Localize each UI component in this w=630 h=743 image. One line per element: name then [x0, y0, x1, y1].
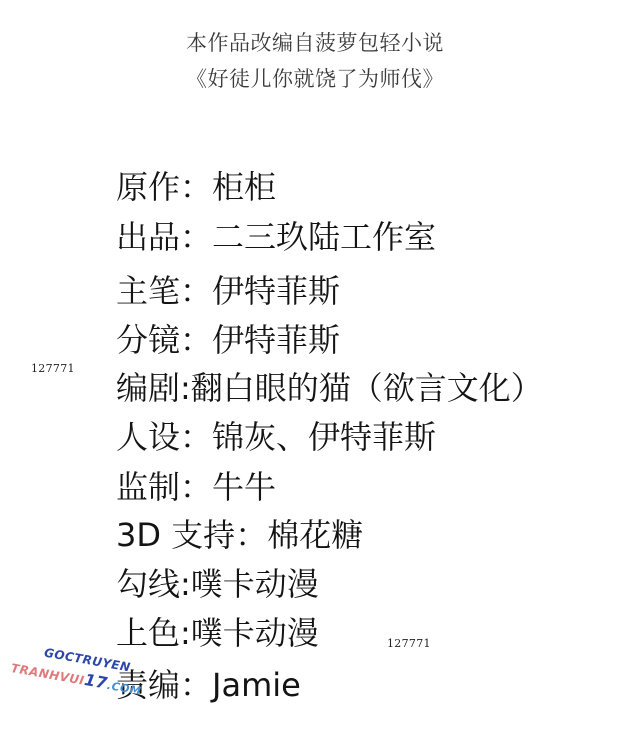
credit-separator: :: [180, 369, 191, 407]
credit-line-art: 勾线:噗卡动漫: [116, 564, 319, 604]
credit-value: 二三玖陆工作室: [212, 218, 436, 256]
credit-value: 锦灰、伊特菲斯: [212, 418, 436, 456]
credit-separator: ：: [180, 321, 212, 359]
site-watermark-part-a: TRANHVUI: [10, 661, 86, 688]
credit-role: 人设: [116, 418, 180, 456]
credit-value: 牛牛: [212, 468, 276, 506]
source-novel-title: 《好徒儿你就饶了为师伐》: [0, 63, 630, 93]
credit-coloring: 上色:噗卡动漫: [116, 613, 319, 653]
credit-role: 主笔: [116, 272, 180, 310]
site-watermark-part-c: .COM: [106, 679, 142, 698]
credit-screenwriter: 编剧:翻白眼的猫（欲言文化）: [116, 368, 543, 408]
credit-role: 勾线: [116, 565, 180, 603]
credit-role: 原作: [116, 168, 180, 206]
credit-role: 监制: [116, 468, 180, 506]
credit-separator: ：: [180, 468, 212, 506]
credit-role: 上色: [116, 614, 180, 652]
credit-3d-support: 3D 支持：棉花糖: [116, 515, 363, 555]
credit-value: 翻白眼的猫（欲言文化）: [191, 369, 543, 407]
credit-separator: :: [180, 614, 191, 652]
watermark-id-right: 127771: [387, 637, 431, 650]
credit-separator: ：: [180, 666, 212, 704]
credit-original-author: 原作：柜柜: [116, 167, 276, 207]
credit-separator: ：: [180, 418, 212, 456]
credit-separator: ：: [180, 272, 212, 310]
credit-value: 噗卡动漫: [191, 565, 319, 603]
site-watermark-part-b: 17: [83, 670, 109, 693]
credit-role: 分镜: [116, 321, 180, 359]
credit-storyboard: 分镜：伊特菲斯: [116, 320, 340, 360]
site-watermark-logo: GOCTRUYEN TRANHVUI17.COM: [0, 640, 162, 743]
credit-separator: ：: [180, 218, 212, 256]
credit-separator: :: [180, 565, 191, 603]
credit-character-design: 人设：锦灰、伊特菲斯: [116, 417, 436, 457]
credit-producer: 出品：二三玖陆工作室: [116, 217, 436, 257]
credit-role: 3D 支持: [116, 516, 235, 554]
credit-value: 噗卡动漫: [191, 614, 319, 652]
credit-value: 柜柜: [212, 168, 276, 206]
watermark-id-left: 127771: [31, 362, 75, 375]
credit-value: 伊特菲斯: [212, 321, 340, 359]
credit-lead-artist: 主笔：伊特菲斯: [116, 271, 340, 311]
adaptation-notice: 本作品改编自菠萝包轻小说: [0, 27, 630, 57]
credit-value: 棉花糖: [267, 516, 363, 554]
credit-value: 伊特菲斯: [212, 272, 340, 310]
credit-value: Jamie: [212, 666, 301, 704]
credit-separator: ：: [235, 516, 267, 554]
credit-role: 编剧: [116, 369, 180, 407]
credit-role: 出品: [116, 218, 180, 256]
credit-supervisor: 监制：牛牛: [116, 467, 276, 507]
credit-separator: ：: [180, 168, 212, 206]
